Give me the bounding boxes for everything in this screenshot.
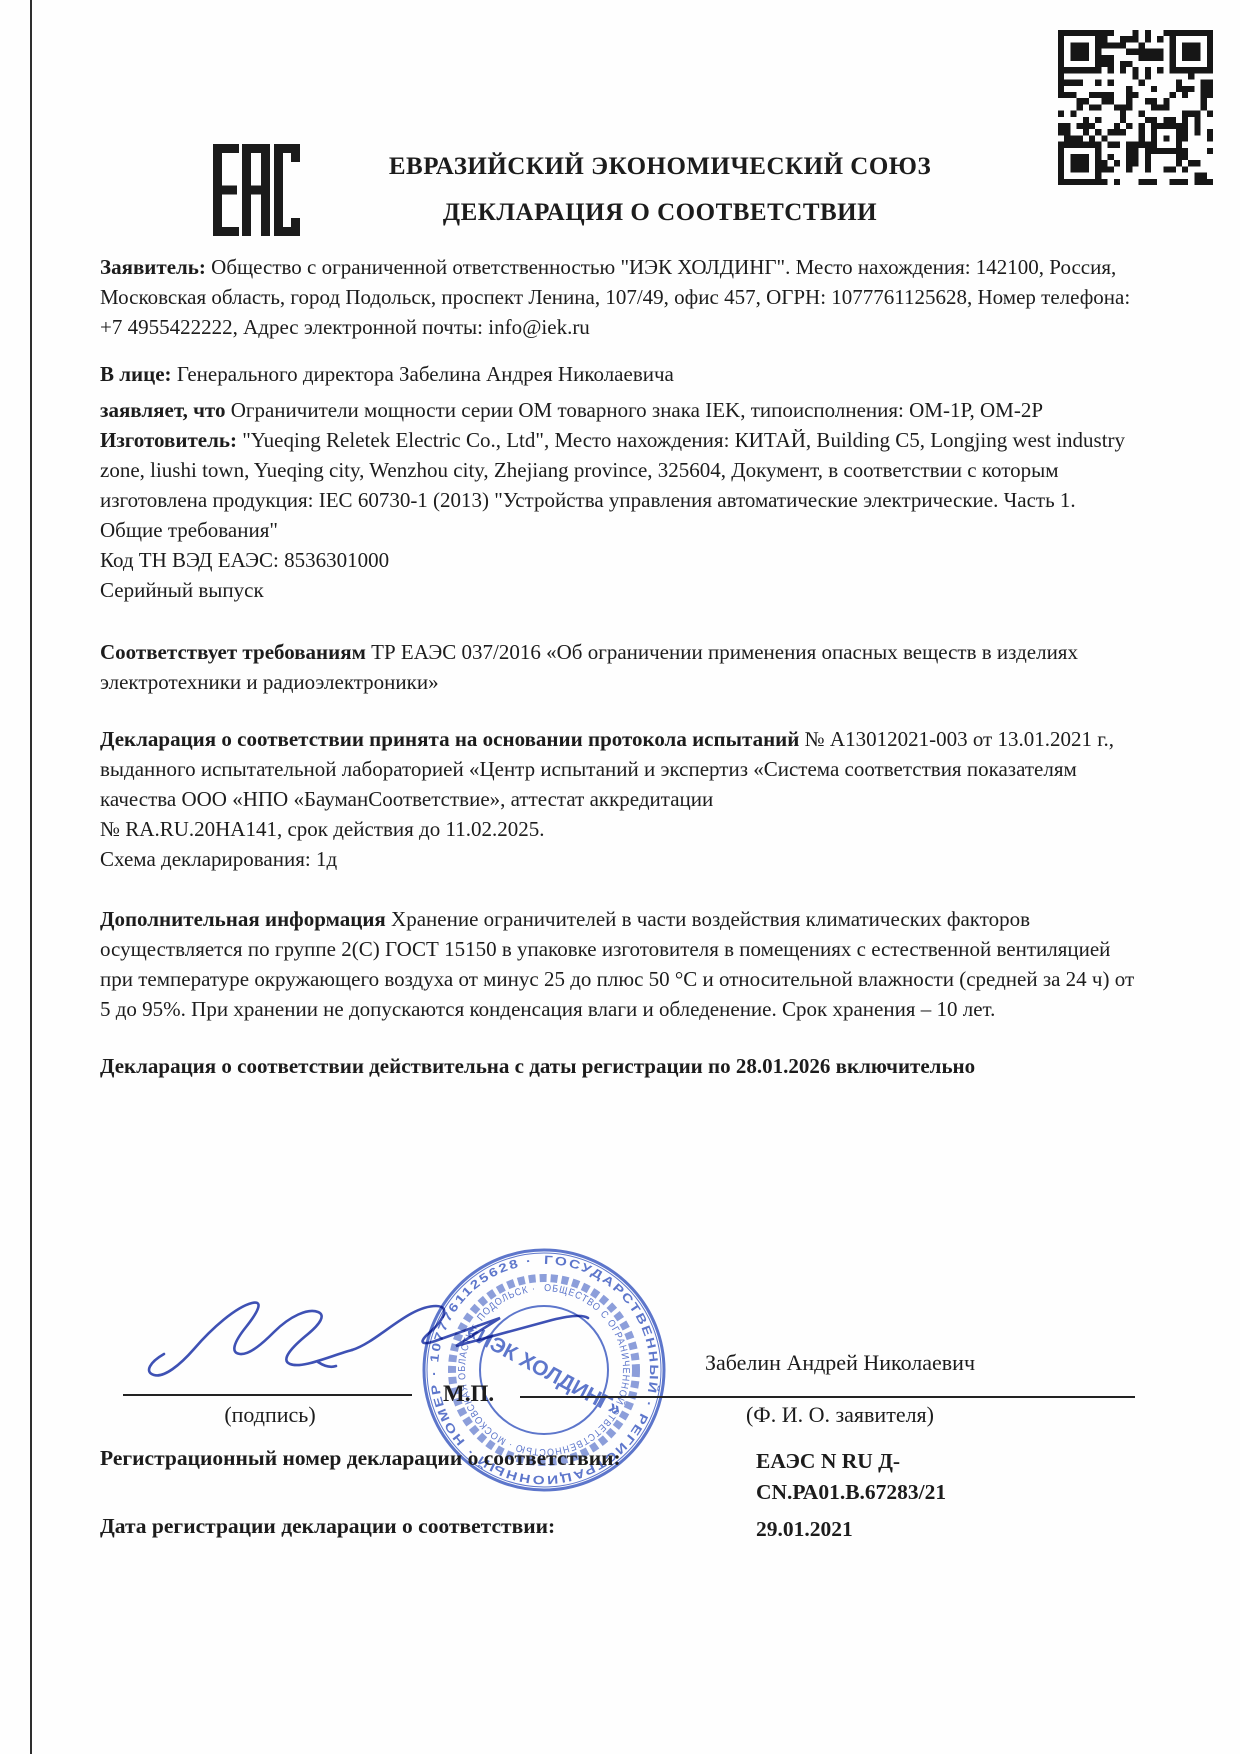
applicant-name-caption: (Ф. И. О. заявителя) — [700, 1402, 980, 1428]
release-type: Серийный выпуск — [100, 575, 1143, 605]
compliance-label: Соответствует требованиям — [100, 640, 366, 664]
scan-edge-line — [30, 0, 32, 1754]
applicant-text: Общество с ограниченной ответственностью… — [100, 255, 1130, 339]
additional-info-paragraph: Дополнительная информация Хранение огран… — [100, 904, 1143, 1024]
document-title: ДЕКЛАРАЦИЯ О СООТВЕТСТВИИ — [80, 190, 1240, 236]
declares-paragraph: заявляет, что Ограничители мощности сери… — [100, 395, 1143, 425]
declares-text: Ограничители мощности серии ОМ товарного… — [231, 398, 1043, 422]
document-header: ЕВРАЗИЙСКИЙ ЭКОНОМИЧЕСКИЙ СОЮЗ ДЕКЛАРАЦИ… — [80, 144, 1240, 236]
applicant-paragraph: Заявитель: Общество с ограниченной ответ… — [100, 252, 1143, 342]
accreditation-line: № RA.RU.20НА141, срок действия до 11.02.… — [100, 814, 1143, 844]
additional-info-label: Дополнительная информация — [100, 907, 386, 931]
registration-date-label: Дата регистрации декларации о соответств… — [100, 1514, 555, 1539]
tn-ved-code: Код ТН ВЭД ЕАЭС: 8536301000 — [100, 545, 1143, 575]
registration-date-value: 29.01.2021 — [756, 1514, 988, 1545]
basis-paragraph: Декларация о соответствии принята на осн… — [100, 724, 1143, 814]
validity-statement: Декларация о соответствии действительна … — [100, 1051, 1143, 1081]
document-body: Заявитель: Общество с ограниченной ответ… — [100, 252, 1143, 1081]
in-person-text: Генерального директора Забелина Андрея Н… — [177, 362, 674, 386]
compliance-paragraph: Соответствует требованиям ТР ЕАЭС 037/20… — [100, 637, 1143, 697]
applicant-label: Заявитель: — [100, 255, 206, 279]
name-line — [520, 1396, 1135, 1398]
stamp-place-caption: М.П. — [443, 1381, 494, 1407]
declaration-scheme: Схема декларирования: 1д — [100, 844, 1143, 874]
applicant-name: Забелин Андрей Николаевич — [620, 1350, 1060, 1376]
manufacturer-text: "Yueqing Reletek Electric Co., Ltd", Мес… — [100, 428, 1125, 542]
signature-line — [123, 1394, 412, 1396]
registration-number-label: Регистрационный номер декларации о соотв… — [100, 1446, 621, 1471]
in-person-paragraph: В лице: Генерального директора Забелина … — [100, 359, 1143, 389]
manufacturer-label: Изготовитель: — [100, 428, 237, 452]
basis-label: Декларация о соответствии принята на осн… — [100, 727, 799, 751]
manufacturer-paragraph: Изготовитель: "Yueqing Reletek Electric … — [100, 425, 1143, 545]
registration-number-value: ЕАЭС N RU Д-CN.РА01.В.67283/21 — [756, 1446, 988, 1508]
declaration-page: ЕВРАЗИЙСКИЙ ЭКОНОМИЧЕСКИЙ СОЮЗ ДЕКЛАРАЦИ… — [0, 0, 1240, 1754]
union-name: ЕВРАЗИЙСКИЙ ЭКОНОМИЧЕСКИЙ СОЮЗ — [80, 144, 1240, 190]
in-person-label: В лице: — [100, 362, 172, 386]
signature-caption: (подпись) — [160, 1402, 380, 1428]
declares-label: заявляет, что — [100, 398, 225, 422]
